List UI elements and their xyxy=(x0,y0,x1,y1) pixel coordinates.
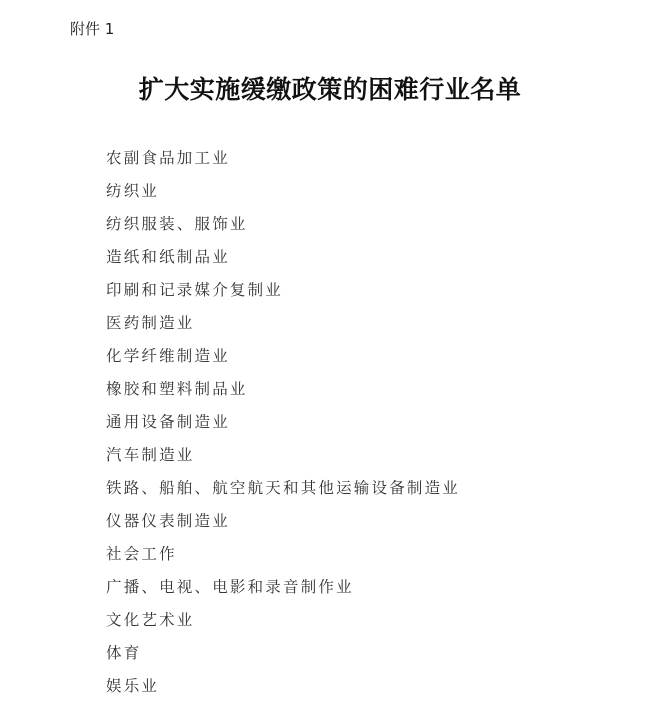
industry-item: 广播、电视、电影和录音制作业 xyxy=(106,573,460,606)
industry-item: 化学纤维制造业 xyxy=(106,342,460,375)
industry-item: 纺织业 xyxy=(106,177,460,210)
industry-item: 汽车制造业 xyxy=(106,441,460,474)
industry-item: 印刷和记录媒介复制业 xyxy=(106,276,460,309)
industry-item: 农副食品加工业 xyxy=(106,144,460,177)
industry-item: 橡胶和塑料制品业 xyxy=(106,375,460,408)
industry-item: 医药制造业 xyxy=(106,309,460,342)
industry-item: 仪器仪表制造业 xyxy=(106,507,460,540)
industry-item: 文化艺术业 xyxy=(106,606,460,639)
industry-list: 农副食品加工业 纺织业 纺织服装、服饰业 造纸和纸制品业 印刷和记录媒介复制业 … xyxy=(106,144,460,705)
industry-item: 体育 xyxy=(106,639,460,672)
industry-item: 通用设备制造业 xyxy=(106,408,460,441)
attachment-label: 附件 1 xyxy=(70,18,114,40)
document-title: 扩大实施缓缴政策的困难行业名单 xyxy=(0,72,656,108)
industry-item: 造纸和纸制品业 xyxy=(106,243,460,276)
industry-item: 纺织服装、服饰业 xyxy=(106,210,460,243)
industry-item: 铁路、船舶、航空航天和其他运输设备制造业 xyxy=(106,474,460,507)
industry-item: 社会工作 xyxy=(106,540,460,573)
industry-item: 娱乐业 xyxy=(106,672,460,705)
